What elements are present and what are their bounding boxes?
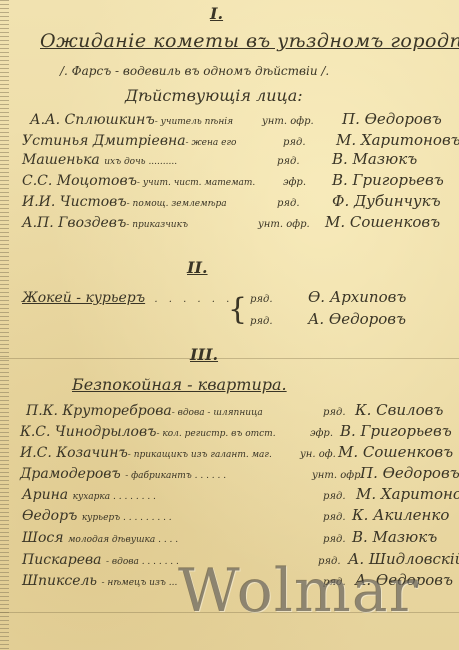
- rank: ряд.: [277, 156, 300, 167]
- character-name: Машенька: [22, 152, 100, 168]
- cast-row: Өедоръ курьеръ . . . . . . . . .: [22, 508, 172, 524]
- character-desc: - кол. регистр. въ отст.: [156, 429, 275, 439]
- character-desc: - помощ. землемѣра: [127, 199, 227, 209]
- actor-name: П. Өедоровъ: [342, 110, 442, 128]
- section-3-number: III.: [190, 345, 218, 364]
- cast-row: А.А. Сплюшкинъ- учитель пѣнія: [30, 112, 233, 128]
- character-name: А.П. Гвоздевъ: [22, 215, 126, 231]
- leader-dots: . . . . . . .: [140, 294, 233, 305]
- cast-row: А.П. Гвоздевъ- приказчикъ: [22, 215, 188, 231]
- cast-row: К.С. Чинодрыловъ- кол. регистр. въ отст.: [20, 424, 276, 440]
- character-name: Өедоръ: [22, 508, 77, 524]
- character-desc: - приказчикъ: [126, 220, 188, 230]
- character-desc: - вдова . . . . . . .: [106, 557, 179, 567]
- character-desc: кухарка . . . . . . . .: [73, 492, 156, 502]
- rank: ряд.: [323, 512, 346, 523]
- manuscript-page: I. Ожиданіе кометы въ уѣздномъ городѣ - …: [0, 0, 459, 650]
- cast-row: П.К. Крутореброва- вдова - шляпница: [26, 403, 263, 419]
- character-desc: - прикащикъ изъ галант. маг.: [128, 450, 272, 460]
- actor-name: М. Сошенковъ: [338, 443, 453, 461]
- character-desc: - учит. чист. математ.: [137, 178, 255, 188]
- actor-name: М. Харитоновъ: [336, 131, 459, 149]
- actor-name: М. Харитоновъ: [356, 485, 459, 503]
- rank: эфр.: [310, 428, 333, 439]
- section-2-title: Жокей - курьеръ: [22, 290, 145, 306]
- section-2-number: II.: [187, 258, 208, 277]
- character-name: Шося: [22, 530, 64, 546]
- rank: ряд.: [323, 534, 346, 545]
- section-1-title: Ожиданіе кометы въ уѣздномъ городѣ -: [40, 30, 459, 52]
- rank: ряд.: [277, 198, 300, 209]
- cast-row: Арина кухарка . . . . . . . .: [22, 487, 156, 503]
- cast-row: Машенька ихъ дочь ..........: [22, 152, 177, 168]
- brace: {: [228, 292, 247, 327]
- cast-row: Пискарева - вдова . . . . . . .: [22, 552, 179, 568]
- rank: ряд.: [250, 316, 273, 327]
- rank: унт. офр.: [258, 219, 310, 230]
- actor-name: В. Мазюкъ: [352, 528, 437, 546]
- rank: эфр.: [283, 177, 306, 188]
- character-name: Пискарева: [22, 552, 102, 568]
- cast-row: И.С. Козачинъ- прикащикъ изъ галант. маг…: [20, 445, 272, 461]
- character-desc: - жена его: [186, 138, 237, 148]
- rank: ряд.: [250, 294, 273, 305]
- character-name: Арина: [22, 487, 68, 503]
- character-desc: - учитель пѣнія: [155, 117, 233, 127]
- actor-name: В. Григорьевъ: [340, 422, 452, 440]
- character-desc: - вдова - шляпница: [172, 408, 263, 418]
- actor-name: В. Григорьевъ: [332, 171, 444, 189]
- actor-name: А. Өедоровъ: [308, 310, 406, 328]
- character-desc: курьеръ . . . . . . . . .: [82, 513, 172, 523]
- actor-name: К. Свиловъ: [355, 401, 443, 419]
- rank: ряд.: [323, 491, 346, 502]
- actor-name: Ф. Дубинчукъ: [332, 192, 441, 210]
- section-1-number: I.: [210, 4, 223, 23]
- cast-header: Дѣйствующія лица:: [125, 86, 303, 105]
- actor-name: М. Сошенковъ: [325, 213, 440, 231]
- cast-row: Шпиксель - нѣмецъ изъ ...: [22, 573, 177, 589]
- character-name: И.С. Козачинъ: [20, 445, 128, 461]
- rank: ряд.: [283, 137, 306, 148]
- section-1-subtitle: /. Фарсъ - водевиль въ одномъ дѣйствіи /…: [60, 64, 329, 78]
- character-desc: - нѣмецъ изъ ...: [101, 578, 177, 588]
- section-3-title: Безпокойная - квартира.: [72, 375, 287, 394]
- cast-row: Драмодеровъ - фабрикантъ . . . . . .: [20, 466, 226, 482]
- character-desc: молодая дѣвушка . . . .: [68, 535, 178, 545]
- actor-name: К. Акиленко: [352, 506, 449, 524]
- rank: ун. оф.: [300, 449, 336, 460]
- character-name: С.С. Моцотовъ: [22, 173, 137, 189]
- fold-line: [0, 358, 459, 359]
- cast-row: И.И. Чистовъ- помощ. землемѣра: [22, 194, 227, 210]
- actor-name: В. Мазюкъ: [332, 150, 417, 168]
- rank: ряд.: [323, 407, 346, 418]
- rank: унт. офр.: [312, 470, 364, 481]
- character-desc: ихъ дочь ..........: [104, 157, 177, 167]
- character-name: И.И. Чистовъ: [22, 194, 127, 210]
- character-desc: - фабрикантъ . . . . . .: [125, 471, 226, 481]
- cast-row: Устинья Дмитріевна- жена его: [22, 133, 236, 149]
- cast-row: Шося молодая дѣвушка . . . .: [22, 530, 178, 546]
- ruler-edge: [0, 0, 9, 650]
- character-name: Драмодеровъ: [20, 466, 121, 482]
- character-name: Шпиксель: [22, 573, 97, 589]
- actor-name: Ө. Архиповъ: [308, 288, 406, 306]
- character-name: Устинья Дмитріевна: [22, 133, 186, 149]
- cast-row: С.С. Моцотовъ- учит. чист. математ.: [22, 173, 255, 189]
- character-name: К.С. Чинодрыловъ: [20, 424, 156, 440]
- character-name: П.К. Крутореброва: [26, 403, 172, 419]
- character-name: А.А. Сплюшкинъ: [30, 112, 155, 128]
- watermark: Wolmar: [178, 556, 418, 626]
- rank: унт. офр.: [262, 116, 314, 127]
- actor-name: П. Өедоровъ: [360, 464, 459, 482]
